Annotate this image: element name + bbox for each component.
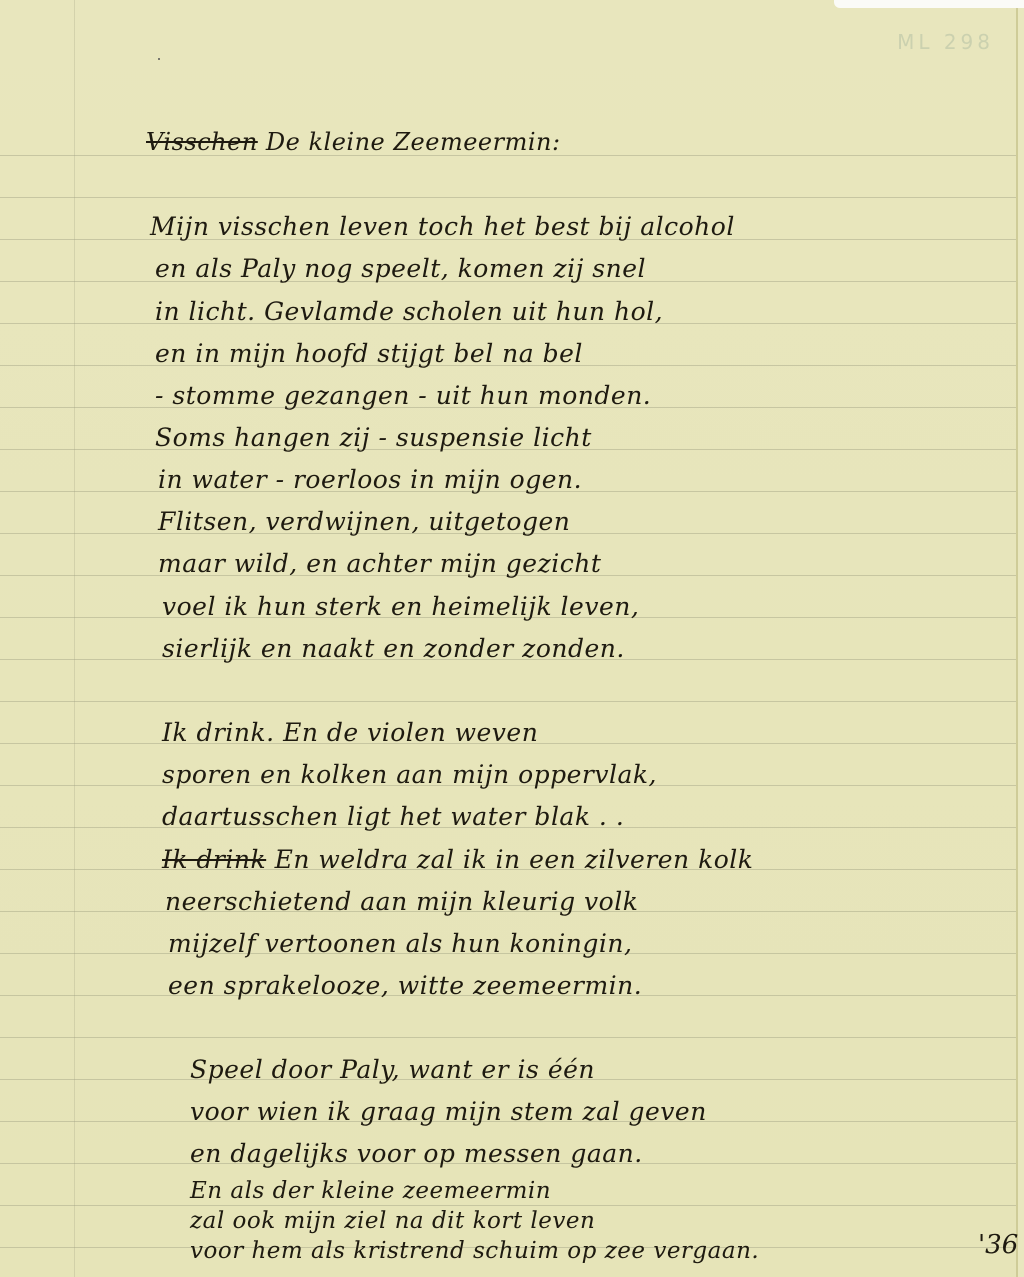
- poem-line: en in mijn hoofd stijgt bel na bel: [155, 339, 583, 368]
- poem-line: zal ook mijn ziel na dit kort leven: [190, 1208, 595, 1234]
- poem-line: Mijn visschen leven toch het best bij al…: [150, 212, 735, 241]
- poem-line: - stomme gezangen - uit hun monden.: [155, 381, 651, 410]
- poem-line: Flitsen, verdwijnen, uitgetogen: [158, 507, 570, 536]
- struck-title-word: Visschen: [146, 128, 258, 156]
- poem-line: en als Paly nog speelt, komen zij snel: [155, 254, 646, 283]
- poem-title: Visschen De kleine Zeemeermin:: [146, 128, 561, 156]
- ink-dot: [158, 58, 160, 60]
- poem-line: Ik drink. En de violen weven: [162, 718, 538, 747]
- poem-line: mijzelf vertoonen als hun koningin,: [168, 929, 632, 958]
- poem-line: sporen en kolken aan mijn oppervlak,: [162, 760, 657, 789]
- poem-line: voor hem als kristrend schuim op zee ver…: [190, 1238, 759, 1264]
- poem-line: daartusschen ligt het water blak . .: [162, 802, 624, 831]
- poem-line: maar wild, en achter mijn gezicht: [158, 549, 601, 578]
- poem-line: Soms hangen zij - suspensie licht: [155, 423, 592, 452]
- poem-line: Ik drink En weldra zal ik in een zilvere…: [162, 845, 753, 874]
- poem-line: voor wien ik graag mijn stem zal geven: [190, 1097, 707, 1126]
- poem-line: sierlijk en naakt en zonder zonden.: [162, 634, 625, 663]
- poem-line: in water - roerloos in mijn ogen.: [158, 465, 582, 494]
- poem-line: en dagelijks voor op messen gaan.: [190, 1139, 643, 1168]
- poem-line: voel ik hun sterk en heimelijk leven,: [162, 592, 639, 621]
- poem-line: in licht. Gevlamde scholen uit hun hol,: [155, 297, 663, 326]
- ruled-line: [0, 1205, 1016, 1206]
- struck-words: Ik drink: [162, 845, 266, 874]
- torn-corner: [834, 0, 1024, 8]
- poem-line: Speel door Paly, want er is één: [190, 1055, 595, 1084]
- page-number: '36: [978, 1230, 1018, 1260]
- ruled-line: [0, 1037, 1016, 1038]
- poem-line: En als der kleine zeemeermin: [190, 1178, 551, 1204]
- ruled-line: [0, 701, 1016, 702]
- ruled-line: [0, 197, 1016, 198]
- line-text: En weldra zal ik in een zilveren kolk: [275, 845, 754, 874]
- title-text: De kleine Zeemeermin:: [266, 128, 561, 156]
- poem-line: een sprakelooze, witte zeemeermin.: [168, 971, 642, 1000]
- poem-line: neerschietend aan mijn kleurig volk: [165, 887, 638, 916]
- archive-number-stamp: ML 298: [897, 30, 994, 54]
